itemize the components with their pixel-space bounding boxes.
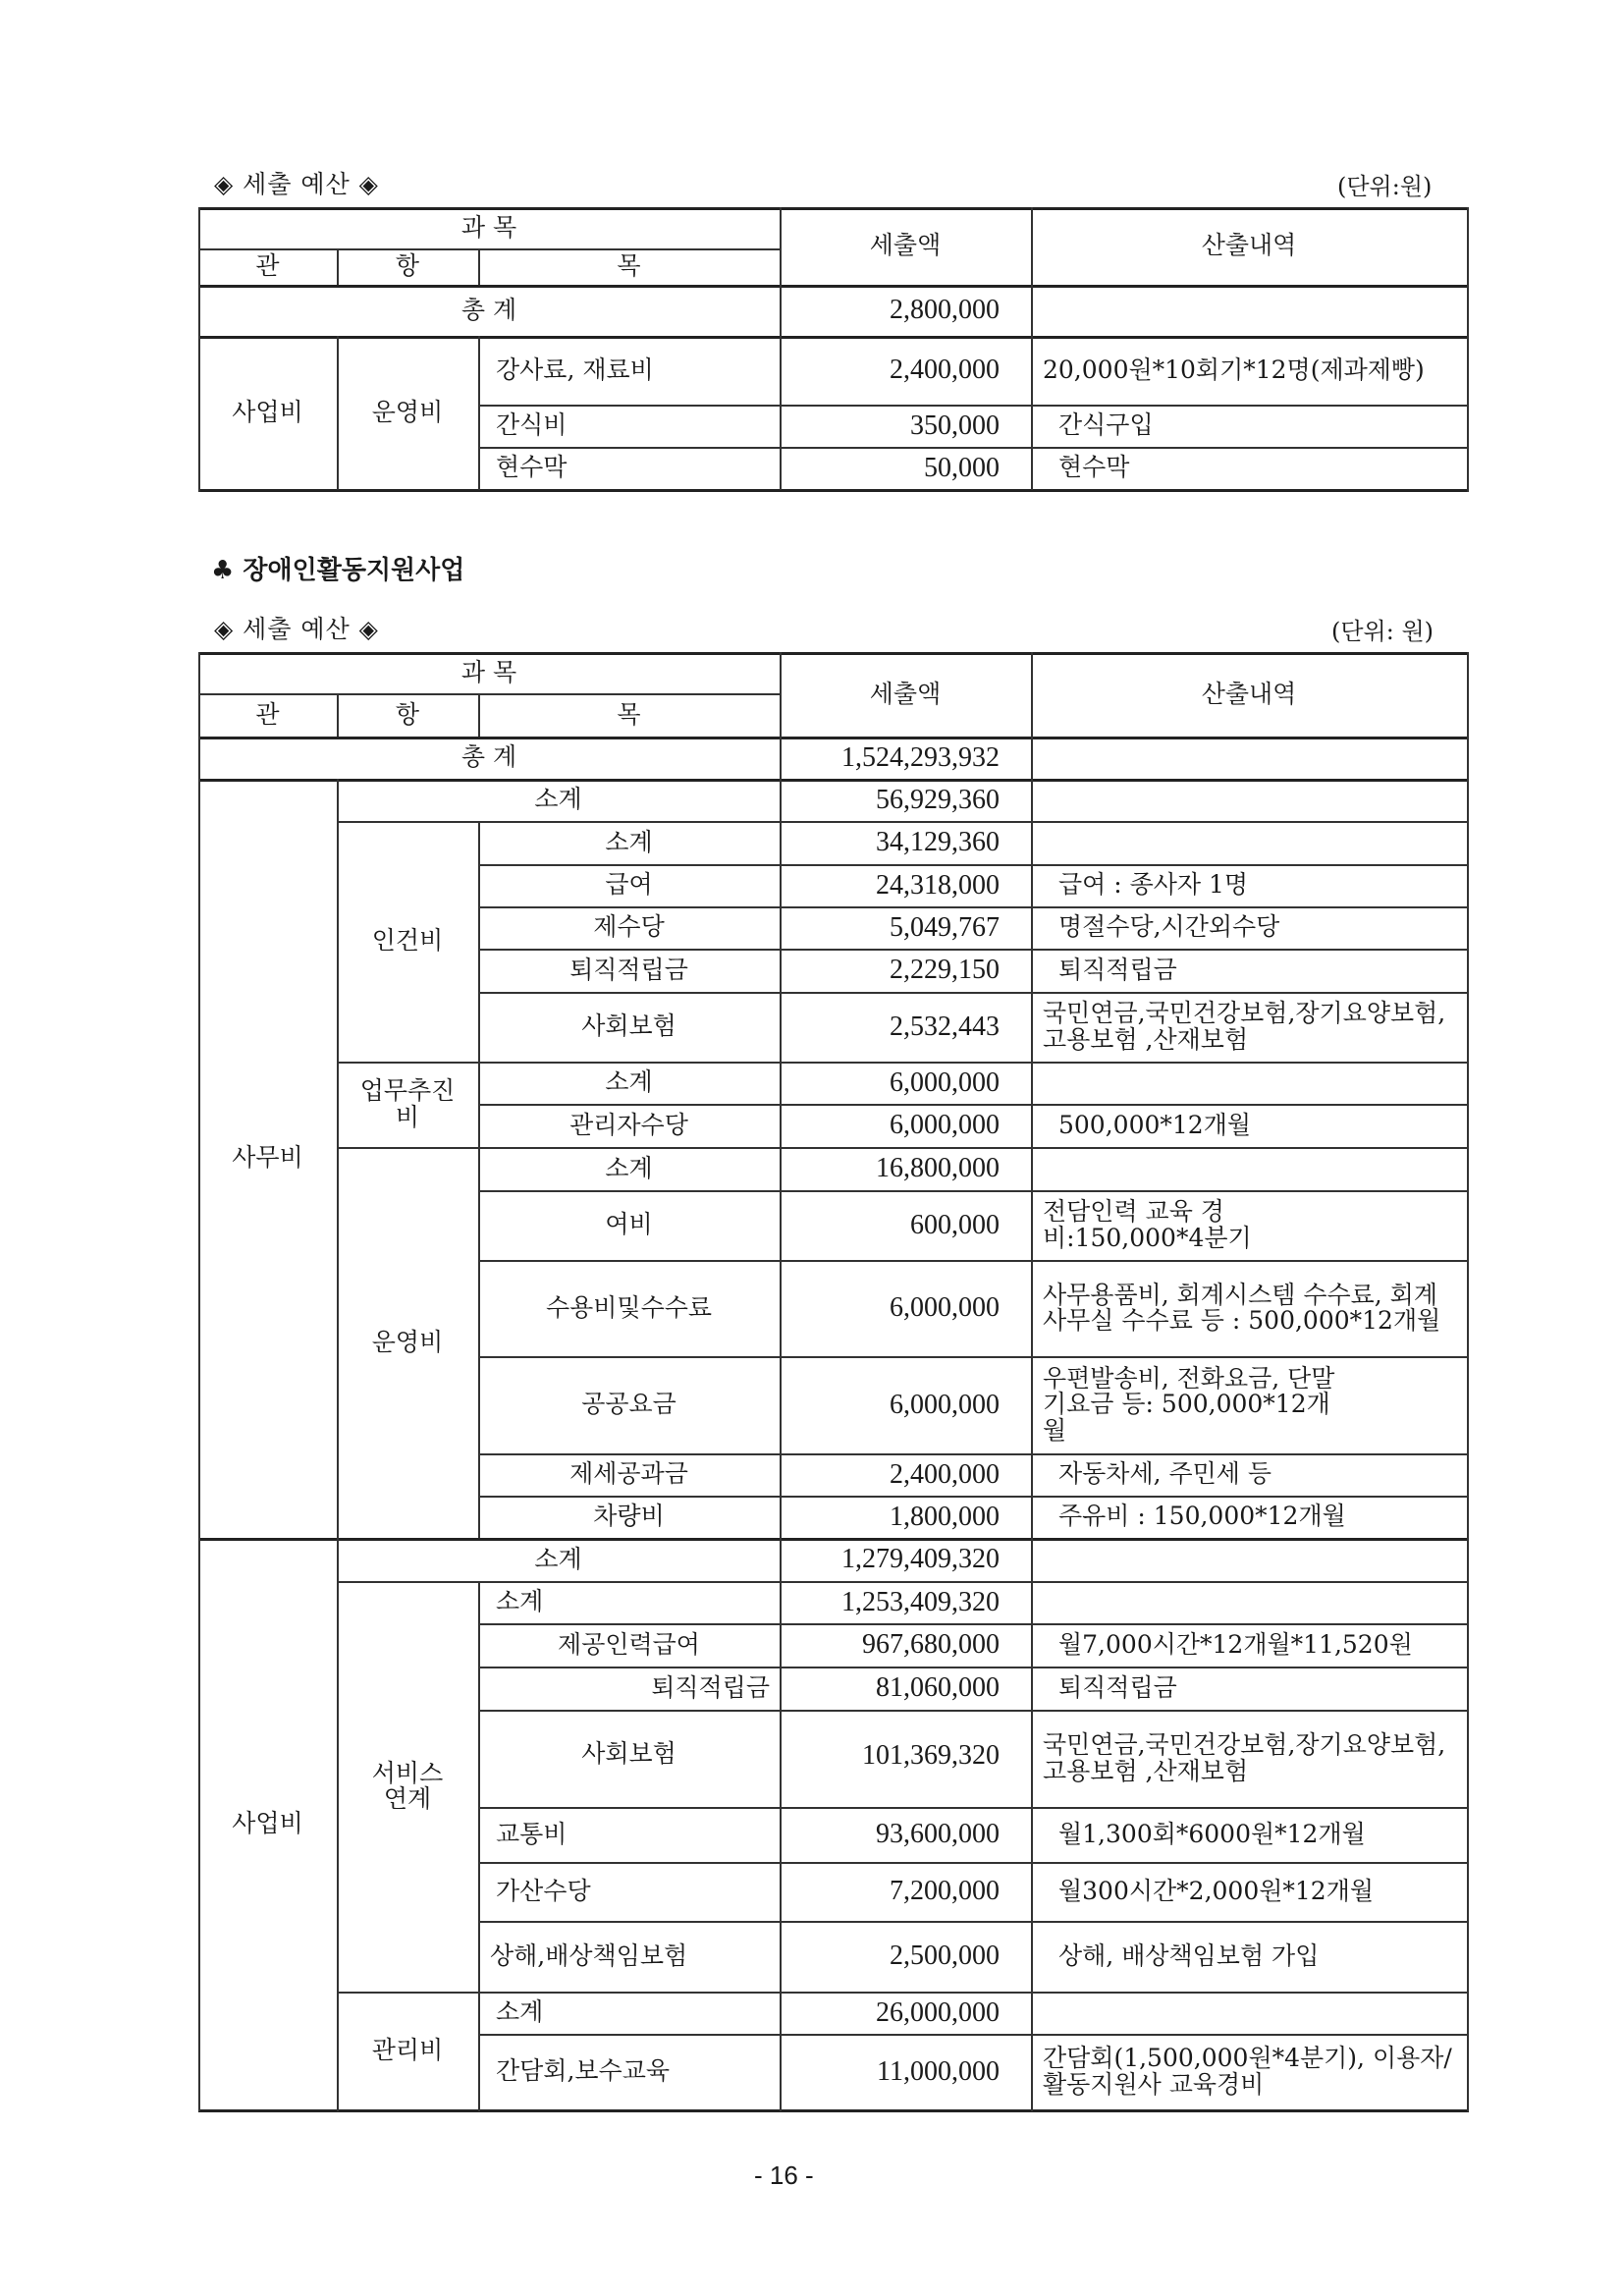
table1-row-amount: 50,000 [780,447,1031,489]
page-number: - 16 - [754,2160,814,2191]
table1-row-mok: 현수막 [478,447,780,489]
table1-header-gwan: 관 [198,248,337,285]
table1-total-label: 총 계 [198,285,780,336]
table-row-detail: 자동차세, 주민세 등 [1031,1453,1467,1496]
table-row-mok: 상해,배상책임보험 [478,1921,780,1992]
table2-header-gwan: 관 [198,693,337,737]
gwan-office: 사무비 [198,779,337,1538]
project-subtotal-label: 소계 [337,1538,780,1581]
hang-operation: 운영비 [337,1147,478,1538]
table-row-mok: 수용비및수수료 [478,1260,780,1356]
table-row-amount: 16,800,000 [780,1147,1031,1190]
table-row-detail: 퇴직적립금 [1031,949,1467,992]
table-row-detail: 월1,300회*6000원*12개월 [1031,1807,1467,1862]
table-row-mok: 사회보험 [478,1710,780,1807]
table2-total-label: 총 계 [198,737,780,779]
table-row-mok: 소계 [478,1147,780,1190]
table2-header-detail: 산출내역 [1031,652,1467,737]
table-row-amount: 2,229,150 [780,949,1031,992]
table1-heading: ◈ 세출 예산 ◈ [214,165,379,200]
table-row-detail: 사무용품비, 회계시스템 수수료, 회계사무실 수수료 등 : 500,000*… [1031,1260,1467,1356]
table1-gwan: 사업비 [198,336,337,489]
table-row-mok: 여비 [478,1190,780,1260]
table2-unit: (단위: 원) [1331,612,1434,646]
table2-heading: ◈ 세출 예산 ◈ [214,610,379,645]
table-row-mok: 소계 [478,1992,780,2034]
table-row-mok: 차량비 [478,1496,780,1538]
office-subtotal-label: 소계 [337,779,780,821]
table-row-amount: 6,000,000 [780,1356,1031,1453]
table-row-amount: 6,000,000 [780,1104,1031,1147]
table1-row-mok: 강사료, 재료비 [478,336,780,405]
table-row-detail: 전담인력 교육 경비:150,000*4분기 [1031,1190,1467,1260]
table2-header-mok: 목 [478,693,780,737]
table-row-mok: 소계 [478,1062,780,1104]
table2-header-group: 과 목 [198,652,780,693]
table-row-mok: 간담회,보수교육 [478,2034,780,2109]
table-row-detail: 월7,000시간*12개월*11,520원 [1031,1623,1467,1667]
table-row-amount: 11,000,000 [780,2034,1031,2109]
table-row-mok: 공공요금 [478,1356,780,1453]
table1-header-group: 과 목 [198,207,780,248]
table-row-detail: 월300시간*2,000원*12개월 [1031,1862,1467,1921]
table-row-detail: 간담회(1,500,000원*4분기), 이용자/활동지원사 교육경비 [1031,2034,1467,2109]
hang-management: 관리비 [337,1992,478,2109]
table-row-detail: 우편발송비, 전화요금, 단말기요금 등: 500,000*12개월 [1031,1356,1467,1453]
table-row-amount: 34,129,360 [780,821,1031,864]
section-title: ♣ 장애인활동지원사업 [211,550,464,586]
table-row-detail: 500,000*12개월 [1031,1104,1467,1147]
table-row-mok: 소계 [478,821,780,864]
table-row-mok: 제세공과금 [478,1453,780,1496]
table1-row-mok: 간식비 [478,405,780,447]
table-row-mok: 관리자수당 [478,1104,780,1147]
table1-header-hang: 항 [337,248,478,285]
table-row-detail: 국민연금,국민건강보험,장기요양보험,고용보험 ,산재보험 [1031,992,1467,1062]
table1-row-detail: 20,000원*10회기*12명(제과제빵) [1031,336,1467,405]
table1-header-mok: 목 [478,248,780,285]
hang-personnel: 인건비 [337,821,478,1062]
table1-row-detail: 간식구입 [1031,405,1467,447]
table-row-detail: 퇴직적립금 [1031,1667,1467,1710]
gwan-project: 사업비 [198,1538,337,2109]
table-row-mok: 급여 [478,864,780,906]
table1-unit: (단위:원) [1337,167,1432,201]
table-row-amount: 2,532,443 [780,992,1031,1062]
table-row-detail: 명절수당,시간외수당 [1031,906,1467,949]
table1-row-detail: 현수막 [1031,447,1467,489]
table-row-amount: 81,060,000 [780,1667,1031,1710]
table1-hang: 운영비 [337,336,478,489]
table-row-amount: 6,000,000 [780,1260,1031,1356]
table-row-amount: 26,000,000 [780,1992,1031,2034]
table-row-mok: 가산수당 [478,1862,780,1921]
table-row-amount: 5,049,767 [780,906,1031,949]
table-row-mok: 퇴직적립금 [478,1667,780,1710]
table-row-mok: 퇴직적립금 [478,949,780,992]
table-row-amount: 600,000 [780,1190,1031,1260]
table2-header-amount: 세출액 [780,652,1031,737]
hang-business-promo: 업무추진비 [337,1062,478,1147]
table-row-detail: 국민연금,국민건강보험,장기요양보험, 고용보험 ,산재보험 [1031,1710,1467,1807]
table2-header-hang: 항 [337,693,478,737]
table-row-amount: 24,318,000 [780,864,1031,906]
table1-row-amount: 350,000 [780,405,1031,447]
table-row-amount: 2,400,000 [780,1453,1031,1496]
table-row-amount: 967,680,000 [780,1623,1031,1667]
table1-header-amount: 세출액 [780,207,1031,285]
table-row-mok: 사회보험 [478,992,780,1062]
table1-header-detail: 산출내역 [1031,207,1467,285]
table2-total-amount: 1,524,293,932 [780,737,1031,779]
table-row-mok: 교통비 [478,1807,780,1862]
table-row-amount: 1,253,409,320 [780,1581,1031,1623]
office-subtotal-amount: 56,929,360 [780,779,1031,821]
table-row-amount: 1,800,000 [780,1496,1031,1538]
table-row-amount: 101,369,320 [780,1710,1031,1807]
table-row-mok: 제공인력급여 [478,1623,780,1667]
project-subtotal-amount: 1,279,409,320 [780,1538,1031,1581]
hang-service: 서비스 연계 [337,1581,478,1992]
table-row-amount: 6,000,000 [780,1062,1031,1104]
table-row-amount: 93,600,000 [780,1807,1031,1862]
table-row-mok: 소계 [478,1581,780,1623]
table-row-detail: 주유비 : 150,000*12개월 [1031,1496,1467,1538]
table1-row-amount: 2,400,000 [780,336,1031,405]
table-row-detail: 급여 : 종사자 1명 [1031,864,1467,906]
table1-total-amount: 2,800,000 [780,285,1031,336]
table-row-detail: 상해, 배상책임보험 가입 [1031,1921,1467,1992]
table-row-amount: 7,200,000 [780,1862,1031,1921]
table-row-mok: 제수당 [478,906,780,949]
table-row-amount: 2,500,000 [780,1921,1031,1992]
